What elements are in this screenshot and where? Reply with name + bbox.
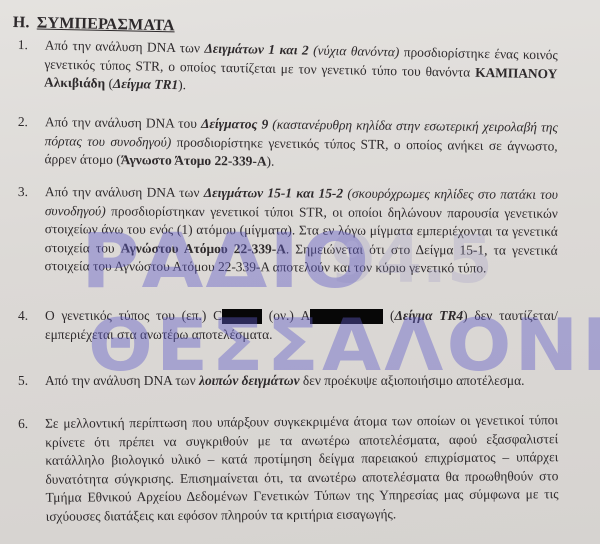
text-run: Δείγματος 9 [201, 116, 268, 132]
conclusion-item-3: 3. Από την ανάλυση DNA των Δειγμάτων 15-… [18, 183, 558, 278]
text-run: Δειγμάτων 15-1 και 15-2 [204, 185, 343, 201]
item-number: 3. [18, 183, 28, 202]
item-text: Από την ανάλυση DNA των Δειγμάτων 15-1 κ… [45, 183, 558, 278]
conclusion-item-6: 6. Σε μελλοντική περίπτωση που υπάρξουν … [18, 411, 559, 526]
section-heading: Η. ΣΥΜΠΕΡΑΣΜΑΤΑ [13, 14, 175, 35]
redaction-box [310, 309, 383, 324]
conclusion-item-2: 2. Από την ανάλυση DNA του Δείγματος 9 (… [17, 113, 558, 174]
conclusion-item-4: 4. Ο γενετικός τύπος του (επ.) C (ον.) Α… [18, 307, 558, 344]
text-run: Δείγμα TR1 [113, 76, 178, 92]
text-run: Από την ανάλυση DNA των [45, 38, 205, 56]
item-text: Από την ανάλυση DNA των Δειγμάτων 1 και … [44, 37, 558, 102]
item-text: Από την ανάλυση DNA των λοιπών δειγμάτων… [45, 372, 558, 391]
item-number: 5. [18, 372, 28, 391]
text-run: Από την ανάλυση DNA των [45, 184, 204, 200]
text-run: Δειγμάτων 1 και 2 [204, 41, 308, 58]
conclusion-item-1: 1. Από την ανάλυση DNA των Δειγμάτων 1 κ… [17, 36, 558, 102]
section-title: ΣΥΜΠΕΡΑΣΜΑΤΑ [37, 15, 175, 35]
item-number: 6. [18, 415, 28, 434]
text-run: ( [383, 308, 394, 323]
item-text: Ο γενετικός τύπος του (επ.) C (ον.) Α (Δ… [45, 307, 558, 344]
item-number: 2. [18, 113, 28, 132]
item-number: 1. [18, 36, 28, 55]
section-number: Η. [13, 14, 30, 31]
text-run: Άγνωστο Άτομο 22-339-Α [121, 152, 267, 169]
conclusion-item-5: 5. Από την ανάλυση DNA των λοιπών δειγμά… [18, 372, 558, 391]
item-text: Από την ανάλυση DNA του Δείγματος 9 (κασ… [44, 113, 558, 174]
text-run: (νύχια θανόντα) [309, 43, 404, 60]
text-run: Από την ανάλυση DNA του [45, 114, 201, 131]
text-run: Αγνώστου Ατόμου 22-339-Α [121, 240, 286, 256]
text-run: Δείγμα TR4 [394, 308, 463, 323]
text-run: Ο γενετικός τύπος του (επ.) C [45, 308, 222, 323]
text-run: Σε μελλοντική περίπτωση που υπάρξουν συγ… [45, 412, 559, 523]
item-text: Σε μελλοντική περίπτωση που υπάρξουν συγ… [45, 411, 559, 526]
item-number: 4. [18, 307, 28, 326]
text-run: Από την ανάλυση DNA των [45, 373, 199, 388]
text-run: (ον.) Α [262, 308, 310, 323]
text-run: ). [178, 77, 186, 92]
document-page: Η. ΣΥΜΠΕΡΑΣΜΑΤΑ 1. Από την ανάλυση DNA τ… [0, 0, 600, 544]
text-run: δεν προέκυψε αξιοποιήσιμο αποτέλεσμα. [300, 373, 525, 388]
redaction-box [222, 309, 262, 324]
text-run: ). [266, 154, 274, 169]
text-run: λοιπών δειγμάτων [199, 373, 300, 388]
